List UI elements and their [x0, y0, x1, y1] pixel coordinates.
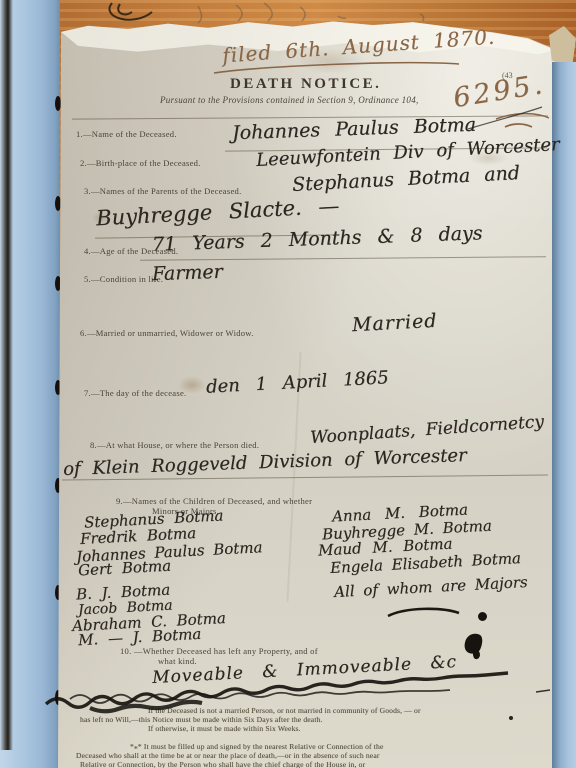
footnote-line: has left no Will,—this Notice must be ma…: [80, 715, 323, 724]
field-label-birthplace: 2.—Birth-place of the Deceased.: [80, 158, 201, 168]
footnote-line: Relative or Connection, by the Person wh…: [80, 760, 365, 768]
binding-gutter: [0, 0, 13, 750]
stitch-knot: [55, 96, 61, 111]
field-label-property-1: 10. —Whether Deceased has left any Prope…: [120, 646, 318, 656]
form-subtitle: Pursuant to the Provisions contained in …: [160, 95, 419, 105]
footnote-line: If otherwise, it must be made within Six…: [148, 724, 301, 733]
footnote-line: *⁎* It must be filled up and signed by t…: [130, 742, 383, 751]
field-label-place-of-death: 8.—At what House, or where the Person di…: [90, 440, 259, 450]
underlying-blue-page-right: [552, 62, 576, 768]
form-title: DEATH NOTICE.: [230, 76, 381, 93]
ink-blot: [478, 612, 487, 621]
ink-speck: [509, 716, 513, 720]
field-label-parents: 3.—Names of the Parents of the Deceased.: [84, 186, 241, 196]
field-value-condition: Farmer: [152, 261, 223, 285]
field-label-children-1: 9.—Names of the Children of Deceased, an…: [116, 496, 312, 506]
footnote-line: If the Deceased is not a married Person,…: [148, 706, 421, 715]
footnote-line: Deceased who shall at the time be at or …: [76, 751, 380, 760]
field-label-name: 1.—Name of the Deceased.: [76, 129, 177, 139]
field-value-marital: Married: [351, 310, 437, 336]
field-label-marital: 6.—Married or unmarried, Widower or Wido…: [80, 328, 254, 338]
stitch-knot: [55, 196, 61, 211]
photo-of-death-notice: filed 6th. August 1870. (43 6295. DEATH …: [0, 0, 576, 768]
field-label-decease-day: 7.—The day of the decease.: [84, 388, 186, 398]
bleed-through-marks: [198, 3, 424, 23]
pen-squiggle: [109, 3, 152, 20]
field-label-property-2: what kind.: [158, 656, 197, 666]
